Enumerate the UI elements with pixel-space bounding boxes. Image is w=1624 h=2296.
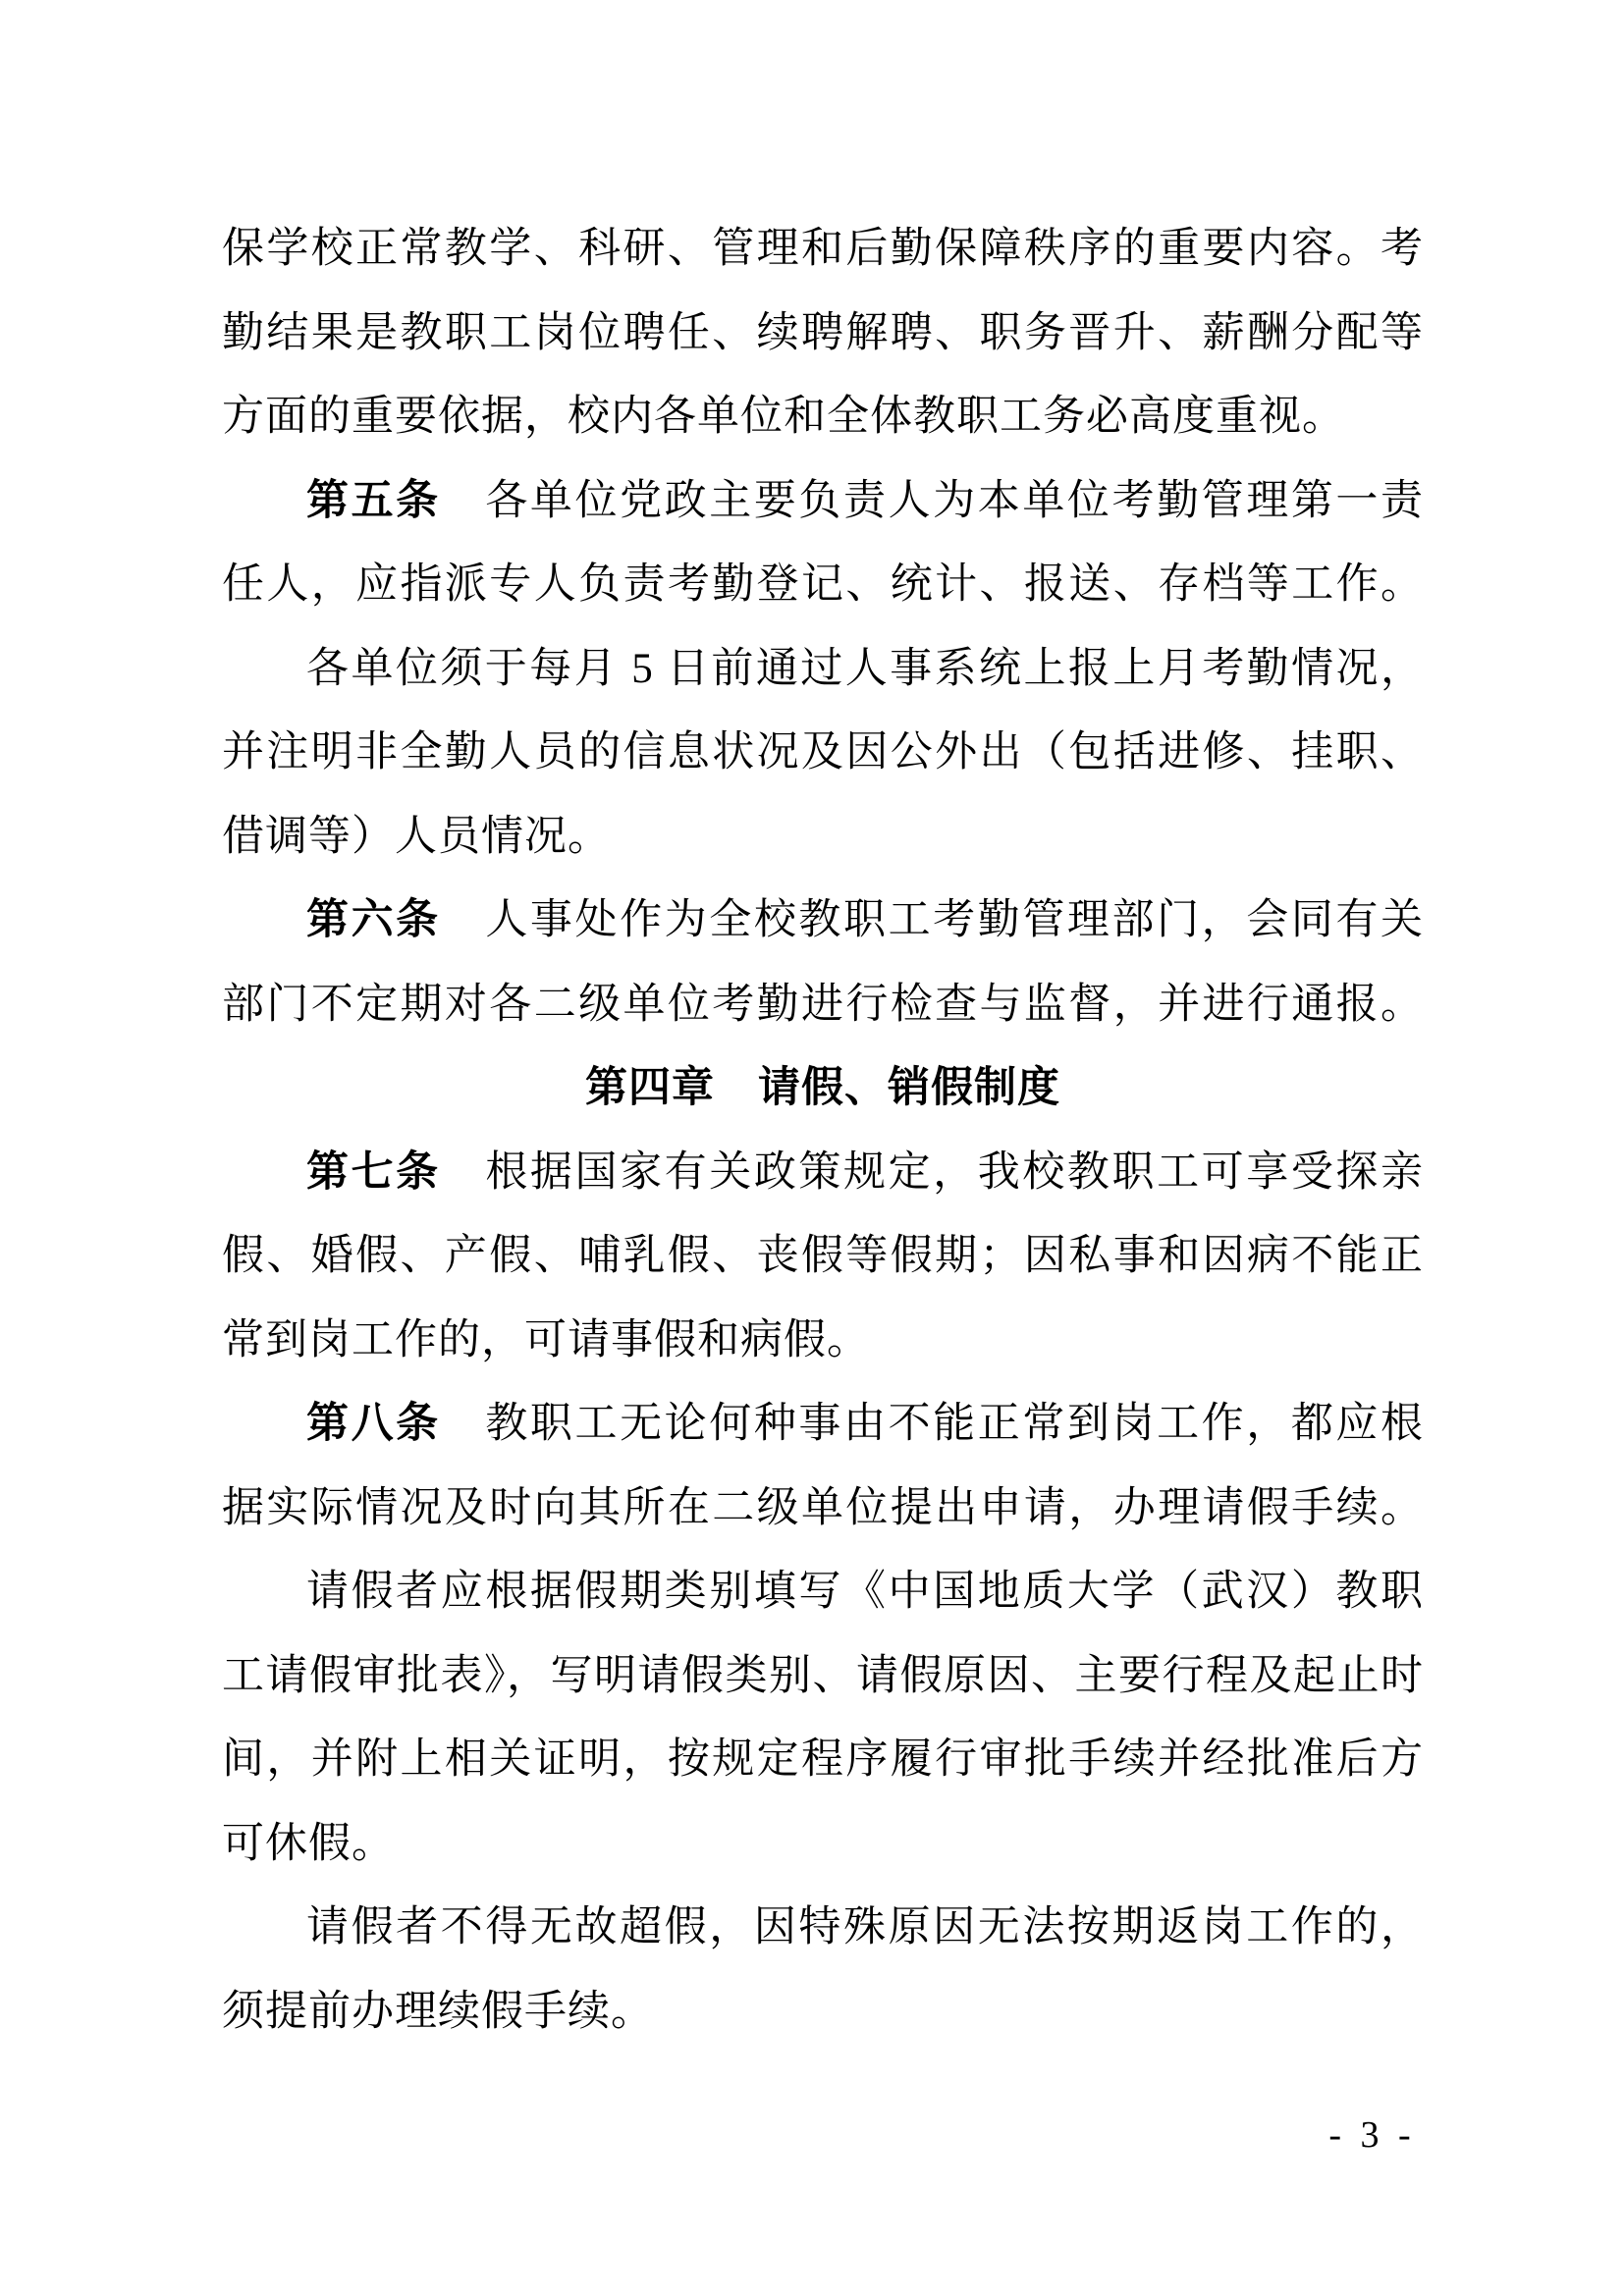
text-line: 可休假。 [222, 1802, 1424, 1887]
text-line: 第六条 人事处作为全校教职工考勤管理部门，会同有关 [222, 879, 1424, 963]
text-line: 部门不定期对各二级单位考勤进行检查与监督，并进行通报。 [222, 963, 1424, 1047]
text-line: 常到岗工作的，可请事假和病假。 [222, 1299, 1424, 1383]
text-line: 工请假审批表》，写明请假类别、请假原因、主要行程及起止时 [222, 1634, 1424, 1719]
text-line: 须提前办理续假手续。 [222, 1970, 1424, 2055]
document-body: 保学校正常教学、科研、管理和后勤保障秩序的重要内容。考勤结果是教职工岗位聘任、续… [222, 207, 1424, 2054]
text-line: 请假者应根据假期类别填写《中国地质大学（武汉）教职 [222, 1550, 1424, 1634]
text-line: 第八条 教职工无论何种事由不能正常到岗工作，都应根 [222, 1382, 1424, 1467]
article-number: 第五条 [306, 477, 441, 524]
article-number: 第六条 [306, 896, 441, 943]
text-line: 任人，应指派专人负责考勤登记、统计、报送、存档等工作。 [222, 543, 1424, 627]
text-line: 第五条 各单位党政主要负责人为本单位考勤管理第一责 [222, 459, 1424, 544]
text-line: 假、婚假、产假、哺乳假、丧假等假期；因私事和因病不能正 [222, 1214, 1424, 1299]
text-line: 借调等）人员情况。 [222, 795, 1424, 880]
article-number: 第七条 [306, 1148, 441, 1196]
text-line: 并注明非全勤人员的信息状况及因公外出（包括进修、挂职、 [222, 711, 1424, 795]
text-line: 间，并附上相关证明，按规定程序履行审批手续并经批准后方 [222, 1718, 1424, 1802]
text-line: 第七条 根据国家有关政策规定，我校教职工可享受探亲 [222, 1131, 1424, 1215]
text-line: 据实际情况及时向其所在二级单位提出申请，办理请假手续。 [222, 1467, 1424, 1551]
text-line: 方面的重要依据，校内各单位和全体教职工务必高度重视。 [222, 375, 1424, 459]
text-line: 保学校正常教学、科研、管理和后勤保障秩序的重要内容。考 [222, 207, 1424, 292]
text-line: 勤结果是教职工岗位聘任、续聘解聘、职务晋升、薪酬分配等 [222, 292, 1424, 376]
page-number: - 3 - [1301, 2106, 1438, 2164]
text-line: 请假者不得无故超假，因特殊原因无法按期返岗工作的， [222, 1886, 1424, 1970]
article-number: 第八条 [306, 1400, 441, 1447]
chapter-heading: 第四章 请假、销假制度 [222, 1046, 1424, 1131]
text-line: 各单位须于每月 5 日前通过人事系统上报上月考勤情况， [222, 627, 1424, 712]
